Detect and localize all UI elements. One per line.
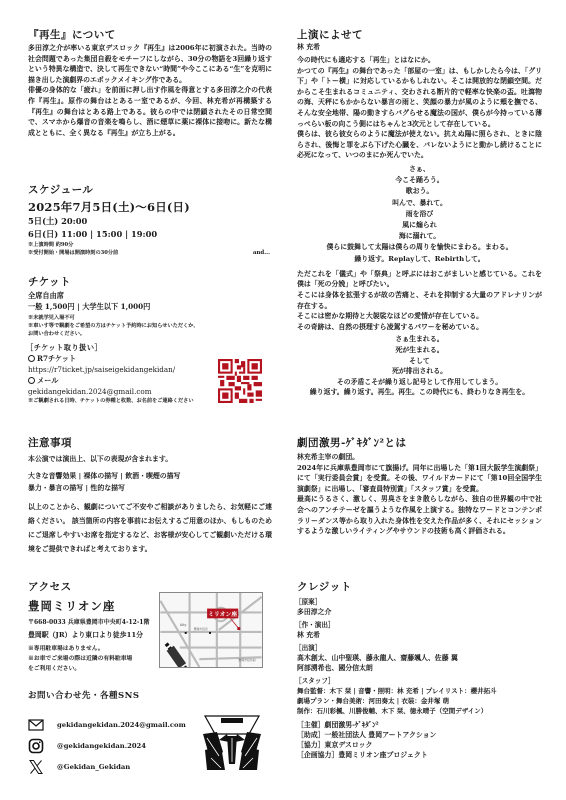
credit-org-line: ［助成］一般社団法人 豊岡アートアクション bbox=[297, 730, 542, 740]
message-heading: 上演によせて bbox=[297, 28, 542, 42]
message-author: 林 充希 bbox=[297, 42, 542, 52]
poem2-line: その矛盾こそが繰り返し記号として作用してしまう。 bbox=[297, 377, 542, 388]
company-para1: 2024年に兵庫県豊岡市にて旗揚げ。同年に出場した「第1回大阪学生演劇祭」にて「… bbox=[297, 463, 542, 495]
poem1-line: 歌おう。 bbox=[297, 186, 542, 197]
ticket-note-1: ※未就学児入場不可 bbox=[28, 314, 272, 322]
poem1-line: 僕らに鼓舞して太陽は僕らの周りを愉快にまわる。まわる。 bbox=[297, 242, 542, 253]
contact-instagram[interactable]: @gekidangekidan.2024 bbox=[57, 742, 146, 750]
schedule-note-reception-text: ※受付開始・開場は開演時刻の30分前 bbox=[28, 250, 118, 256]
message-para4: ただこれを「儀式」や「祭典」と呼ぶにはおこがましいと感じている。これを僕は「死の… bbox=[297, 269, 542, 290]
credits-heading: クレジット bbox=[297, 580, 542, 594]
message-para7: その奇跡は、自然の摂理すら凌駕するパワーを秘めている。 bbox=[297, 322, 542, 333]
message-section: 上演によせて 林 充希 今の時代にも適応する「再生」とはなにか。 かつての『再生… bbox=[297, 28, 542, 398]
schedule-date-range: 2025年7月5日(土)〜6日(日) bbox=[28, 199, 272, 215]
poem1-line: 海に溺れて。 bbox=[297, 231, 542, 242]
schedule-day1: 5日(土) 20:00 bbox=[28, 215, 272, 227]
svg-text:豊岡市役所: 豊岡市役所 bbox=[193, 626, 208, 631]
instagram-icon bbox=[28, 738, 44, 754]
schedule-note-duration: ※上演時間 約90分 bbox=[28, 241, 272, 249]
ticket-vendor-mail-label: メール bbox=[37, 376, 58, 385]
company-para2: 最高にうるさく、激しく、男臭さをまき散らしながら、独自の世界観の中で社会へのアン… bbox=[297, 494, 542, 536]
company-logo bbox=[203, 712, 261, 772]
caution-body: 以上のことから、観劇についてご不安やご相談がありましたら、お気軽にご連絡ください… bbox=[28, 500, 272, 556]
message-para1: 今の時代にも適応する「再生」とはなにか。 bbox=[297, 55, 542, 66]
message-poem2: さぁ生まれる。 死が生まれる。 そして 死が排出される。 その矛盾こそが繰り返し… bbox=[297, 334, 542, 398]
schedule-day2: 6日(日) 11:00 | 15:00 | 19:00 bbox=[28, 228, 272, 240]
company-heading: 劇団激男-ｹﾞｷﾀﾞﾝ²とは bbox=[297, 436, 542, 450]
x-logo-icon bbox=[28, 759, 44, 775]
credit-org-line: ［協力］東京デスロック bbox=[297, 740, 542, 750]
message-para2: かつての『再生』の舞台であった「部屋の一室」は、もしかしたら今は、「グリ下」や「… bbox=[297, 66, 542, 130]
poem2-line: 繰り返す。繰り返す。再生。再生。この時代にも、終わりなき再生を。 bbox=[297, 387, 542, 398]
poem2-line: 死が排出される。 bbox=[297, 366, 542, 377]
schedule-note-reception: ※受付開始・開場は開演時刻の30分前 and... bbox=[28, 249, 272, 257]
credit-cast-line2: 阿部湧希也、國分信太朗 bbox=[297, 663, 542, 673]
svg-text:Aity: Aity bbox=[180, 623, 187, 627]
poem1-line: 雨を浴び bbox=[297, 209, 542, 220]
credit-original-label: ［原案］ bbox=[295, 597, 542, 607]
poem1-line: 繰り返す。Replayして、Rebirthして。 bbox=[297, 254, 542, 265]
credit-org-line: ［主催］劇団激男-ｹﾞｷﾀﾞﾝ² bbox=[297, 720, 542, 730]
credit-staff-line3: 制作：石川彩楓、川勝俊輔、木下 栞、徳永晴子（空間デザイン） bbox=[297, 706, 542, 716]
credit-cast-line1: 高木創太、山中聖瑛、藤永龍人、齋藤颯人、佐藤 翼 bbox=[297, 653, 542, 663]
ticket-seating: 全席自由席 bbox=[28, 290, 272, 301]
about-paragraph-1: 多田淳之介が率いる東京デスロック『再生』は2006年に初演された。当時の社会問題… bbox=[28, 43, 272, 85]
radio-circle-icon bbox=[28, 377, 35, 384]
caution-intro: 本公演では演出上、以下の表現が含まれます。 bbox=[28, 454, 272, 465]
contact-instagram-row[interactable]: @gekidangekidan.2024 bbox=[28, 737, 146, 755]
contact-x[interactable]: @Gekidan_Gekidan bbox=[57, 763, 130, 771]
credit-staff-line2: 劇場プラン・舞台美術：河田奏太 | 衣装：金井塚 萌 bbox=[297, 696, 542, 706]
poem1-line: 叫んで、暴れて。 bbox=[297, 198, 542, 209]
poem1-line: 今こそ踊ろう。 bbox=[297, 175, 542, 186]
ticket-vendor-r7-label: R7チケット bbox=[37, 354, 76, 363]
qr-code-icon[interactable] bbox=[218, 359, 262, 403]
message-poem1: さぁ、 今こそ踊ろう。 歌おう。 叫んで、暴れて。 雨を浴び 風に煽られ 海に溺… bbox=[297, 164, 542, 265]
schedule-section: スケジュール 2025年7月5日(土)〜6日(日) 5日(土) 20:00 6日… bbox=[28, 183, 272, 257]
credit-staff-label: ［スタッフ］ bbox=[295, 676, 542, 686]
contact-x-row[interactable]: @Gekidan_Gekidan bbox=[28, 758, 130, 776]
caution-heading: 注意事項 bbox=[28, 436, 272, 450]
contact-email[interactable]: gekidangekidan.2024@gmail.com bbox=[57, 721, 186, 729]
ticket-note-3: お問い合わせください。 bbox=[28, 330, 272, 338]
radio-circle-icon bbox=[28, 355, 35, 362]
ticket-prices: 一般 1,500円 | 大学生以下 1,000円 bbox=[28, 301, 272, 312]
mail-icon bbox=[28, 717, 44, 733]
about-heading: 『再生』について bbox=[28, 28, 272, 42]
message-para3: 僕らは、彼ら彼女らのように魔法が使えない。抗えぬ陽に照らされ、ときに陰らされ、後… bbox=[297, 129, 542, 161]
poem1-line: 風に煽られ bbox=[297, 220, 542, 231]
ticket-section: チケット 全席自由席 一般 1,500円 | 大学生以下 1,000円 ※未就学… bbox=[28, 275, 272, 405]
credit-organizations: ［主催］劇団激男-ｹﾞｷﾀﾞﾝ² ［助成］一般社団法人 豊岡アートアクション ［… bbox=[297, 720, 542, 760]
contact-heading: お問い合わせ先・各種SNS bbox=[28, 689, 272, 703]
contact-email-row[interactable]: gekidangekidan.2024@gmail.com bbox=[28, 716, 186, 734]
caution-items-line1: 大きな音響効果 | 裸体の描写 | 飲酒・喫煙の描写 bbox=[28, 471, 272, 482]
svg-text:豊岡市役所前: 豊岡市役所前 bbox=[238, 657, 256, 662]
company-line1: 林充希主宰の劇団。 bbox=[297, 452, 542, 463]
ticket-note-2: ※車いす等で観劇をご希望の方はチケット予約時にお知らせいただくか、 bbox=[28, 322, 272, 330]
credit-cast-label: ［出演］ bbox=[295, 643, 542, 653]
svg-text:ミリオン座: ミリオン座 bbox=[208, 610, 237, 618]
credit-org-line: ［企画協力］豊岡ミリオン座プロジェクト bbox=[297, 750, 542, 760]
credits-section: クレジット ［原案］ 多田淳之介 ［作・演出］ 林 充希 ［出演］ 高木創太、山… bbox=[297, 580, 542, 760]
about-paragraph-2: 俳優の身体的な「疲れ」を前面に押し出す作風を得意とする多田淳之介の代表作『再生』… bbox=[28, 85, 272, 138]
access-map[interactable]: ミリオン座 Aity 豊岡市役所 豊岡市役所前 bbox=[159, 592, 263, 668]
caution-items-line2: 暴力・暴言の描写 | 性的な描写 bbox=[28, 483, 272, 494]
caution-section: 注意事項 本公演では演出上、以下の表現が含まれます。 大きな音響効果 | 裸体の… bbox=[28, 436, 272, 556]
about-section: 『再生』について 多田淳之介が率いる東京デスロック『再生』は2006年に初演され… bbox=[28, 28, 272, 138]
ticket-heading: チケット bbox=[28, 275, 272, 289]
credit-director-label: ［作・演出］ bbox=[295, 620, 542, 630]
poem2-line: 死が生まれる。 bbox=[297, 345, 542, 356]
credit-staff-line1: 舞台監督：木下 栞 | 音響・照明：林 充希 | プレイリスト：櫻井拓斗 bbox=[297, 686, 542, 696]
credit-original: 多田淳之介 bbox=[297, 607, 542, 617]
credit-director: 林 充希 bbox=[297, 630, 542, 640]
ticket-vendors-heading: ［チケット取り扱い］ bbox=[26, 342, 272, 353]
poem1-line: さぁ、 bbox=[297, 164, 542, 175]
poem2-line: さぁ生まれる。 bbox=[297, 334, 542, 345]
message-para6: そこには密かな期待と大袈裟なほどの愛情が存在している。 bbox=[297, 311, 542, 322]
schedule-heading: スケジュール bbox=[28, 183, 272, 197]
poem2-line: そして bbox=[297, 356, 542, 367]
schedule-and-text: and... bbox=[253, 249, 270, 257]
message-para5: そこには身体を拡張するが故の苦痛と、それを抑制する大量のアドレナリンが存在する。 bbox=[297, 290, 542, 311]
company-section: 劇団激男-ｹﾞｷﾀﾞﾝ²とは 林充希主宰の劇団。 2024年に兵庫県豊岡市にて旗… bbox=[297, 436, 542, 537]
contact-section: お問い合わせ先・各種SNS gekidangekidan.2024@gmail.… bbox=[28, 689, 272, 703]
